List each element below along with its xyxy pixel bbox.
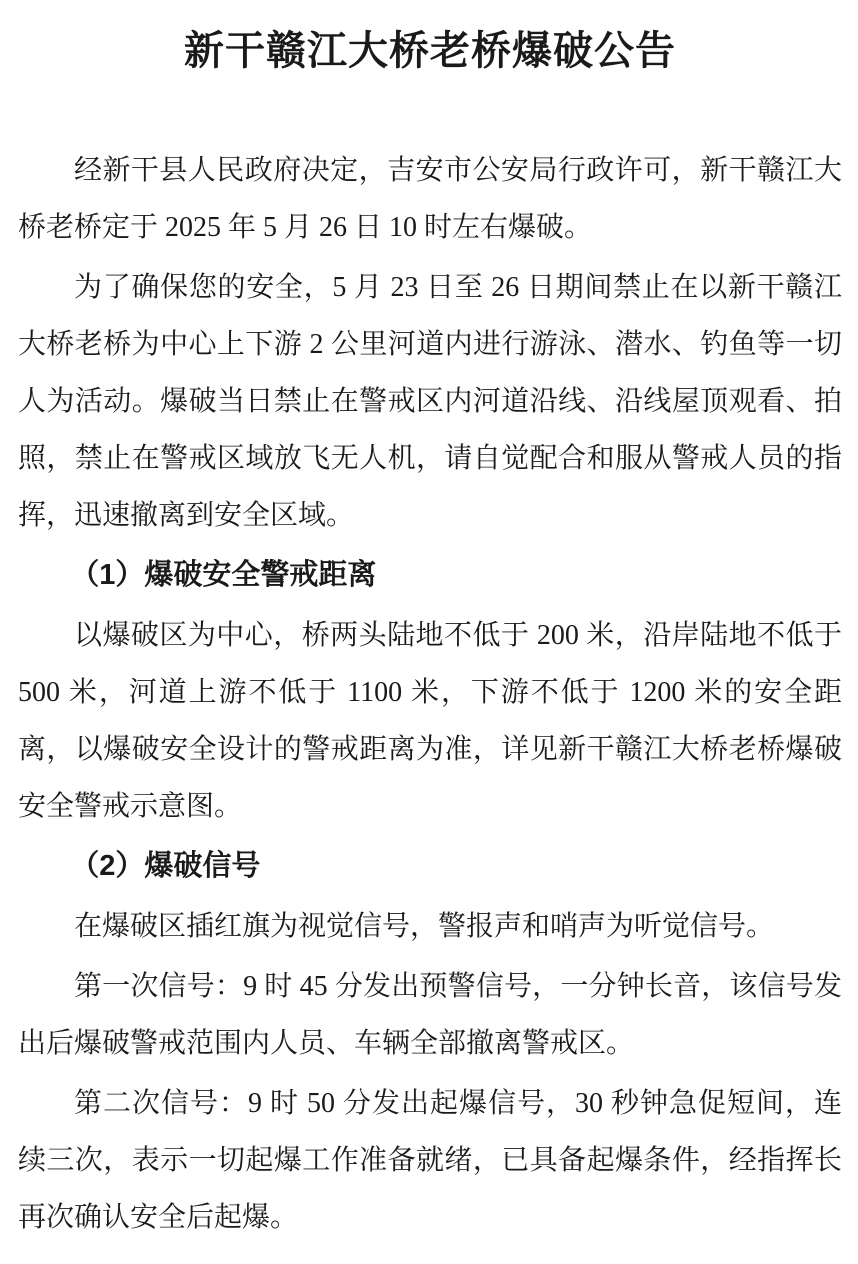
paragraph-safety-restrictions: 为了确保您的安全，5 月 23 日至 26 日期间禁止在以新干赣江大桥老桥为中心… <box>18 259 842 544</box>
paragraph-first-signal: 第一次信号：9 时 45 分发出预警信号，一分钟长音，该信号发出后爆破警戒范围内… <box>18 958 842 1072</box>
paragraph-signal-types: 在爆破区插红旗为视觉信号，警报声和哨声为听觉信号。 <box>18 898 842 955</box>
doc-title: 新干赣江大桥老桥爆破公告 <box>18 18 842 84</box>
paragraph-second-signal: 第二次信号：9 时 50 分发出起爆信号，30 秒钟急促短间，连续三次，表示一切… <box>18 1075 842 1246</box>
section-heading-safety-distance: （1）爆破安全警戒距离 <box>18 547 842 604</box>
paragraph-safety-distance-detail: 以爆破区为中心，桥两头陆地不低于 200 米，沿岸陆地不低于 500 米，河道上… <box>18 607 842 835</box>
section-heading-blast-signals: （2）爆破信号 <box>18 838 842 895</box>
paragraph-intro-decision: 经新干县人民政府决定，吉安市公安局行政许可，新干赣江大桥老桥定于 2025 年 … <box>18 142 842 256</box>
notice-document-page: 新干赣江大桥老桥爆破公告 经新干县人民政府决定，吉安市公安局行政许可，新干赣江大… <box>0 0 858 1264</box>
